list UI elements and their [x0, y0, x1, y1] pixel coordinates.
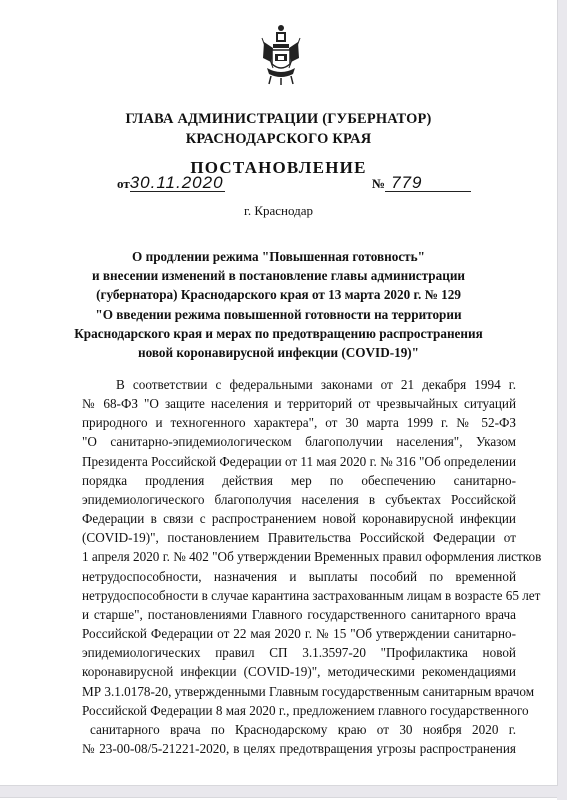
body-line: нетрудоспособности в случае карантина за… [82, 586, 516, 605]
document-subject: О продлении режима "Повышенная готовност… [60, 247, 497, 362]
subject-line: (губернатора) Краснодарского края от 13 … [60, 285, 497, 304]
body-line: В соответствии с федеральными законами о… [82, 375, 516, 394]
document-body: В соответствии с федеральными законами о… [82, 375, 516, 758]
city-label: г. Краснодар [0, 203, 557, 219]
subject-line: новой коронавирусной инфекции (COVID-19)… [60, 343, 497, 362]
body-line: природного и техногенного характера", от… [82, 413, 516, 432]
coat-of-arms-icon [261, 24, 301, 86]
body-line: № 68-ФЗ "О защите населения и территорий… [82, 394, 516, 413]
body-line: 1 апреля 2020 г. № 402 "Об утверждении В… [82, 547, 516, 566]
subject-line: "О введении режима повышенной готовности… [60, 305, 497, 324]
body-line: Президента Российской Федерации от 11 ма… [82, 452, 516, 471]
issuer-title-line1: ГЛАВА АДМИНИСТРАЦИИ (ГУБЕРНАТОР) [0, 111, 557, 128]
body-line: Федерации в связи с распространением нов… [82, 509, 516, 528]
body-line: нетрудоспособности, назначения и выплаты… [82, 567, 516, 586]
subject-line: Краснодарского края и мерах по предотвра… [54, 324, 503, 343]
issuer-title-line2: КРАСНОДАРСКОГО КРАЯ [0, 131, 557, 148]
body-line: эпидемиологического благополучия населен… [82, 490, 516, 509]
body-line: Российской Федерации 8 мая 2020 г., пред… [82, 701, 516, 720]
body-line: № 23-00-08/5-21221-2020, в целях предотв… [82, 739, 516, 758]
body-line: коронавирусной инфекции (COVID-19)", мет… [82, 662, 516, 681]
document-date: от30.11.2020 [117, 175, 225, 192]
date-prefix: от [117, 176, 130, 191]
subject-line: и внесении изменений в постановление гла… [60, 266, 497, 285]
date-value: 30.11.2020 [130, 175, 225, 192]
document-number: №779 [372, 175, 471, 192]
body-line: МР 3.1.0178-20, утвержденными Главным го… [82, 682, 516, 701]
number-value: 779 [385, 175, 471, 192]
body-line: эпидемиологических правил СП 3.1.3597-20… [82, 643, 516, 662]
body-line: "О санитарно-эпидемиологическом благопол… [82, 432, 516, 451]
document-type-title: ПОСТАНОВЛЕНИЕ [0, 158, 557, 178]
body-line: порядка продления действия мер по обеспе… [82, 471, 516, 490]
body-line: Российской Федерации от 22 мая 2020 г. №… [82, 624, 516, 643]
body-line: (COVID-19)", постановлением Правительств… [82, 528, 516, 547]
document-page: ГЛАВА АДМИНИСТРАЦИИ (ГУБЕРНАТОР) КРАСНОД… [0, 0, 558, 786]
body-line: санитарного врача по Краснодарскому краю… [82, 720, 516, 739]
number-prefix: № [372, 176, 385, 191]
subject-line: О продлении режима "Повышенная готовност… [60, 247, 497, 266]
body-line: и старше", постановлениями Главного госу… [82, 605, 516, 624]
